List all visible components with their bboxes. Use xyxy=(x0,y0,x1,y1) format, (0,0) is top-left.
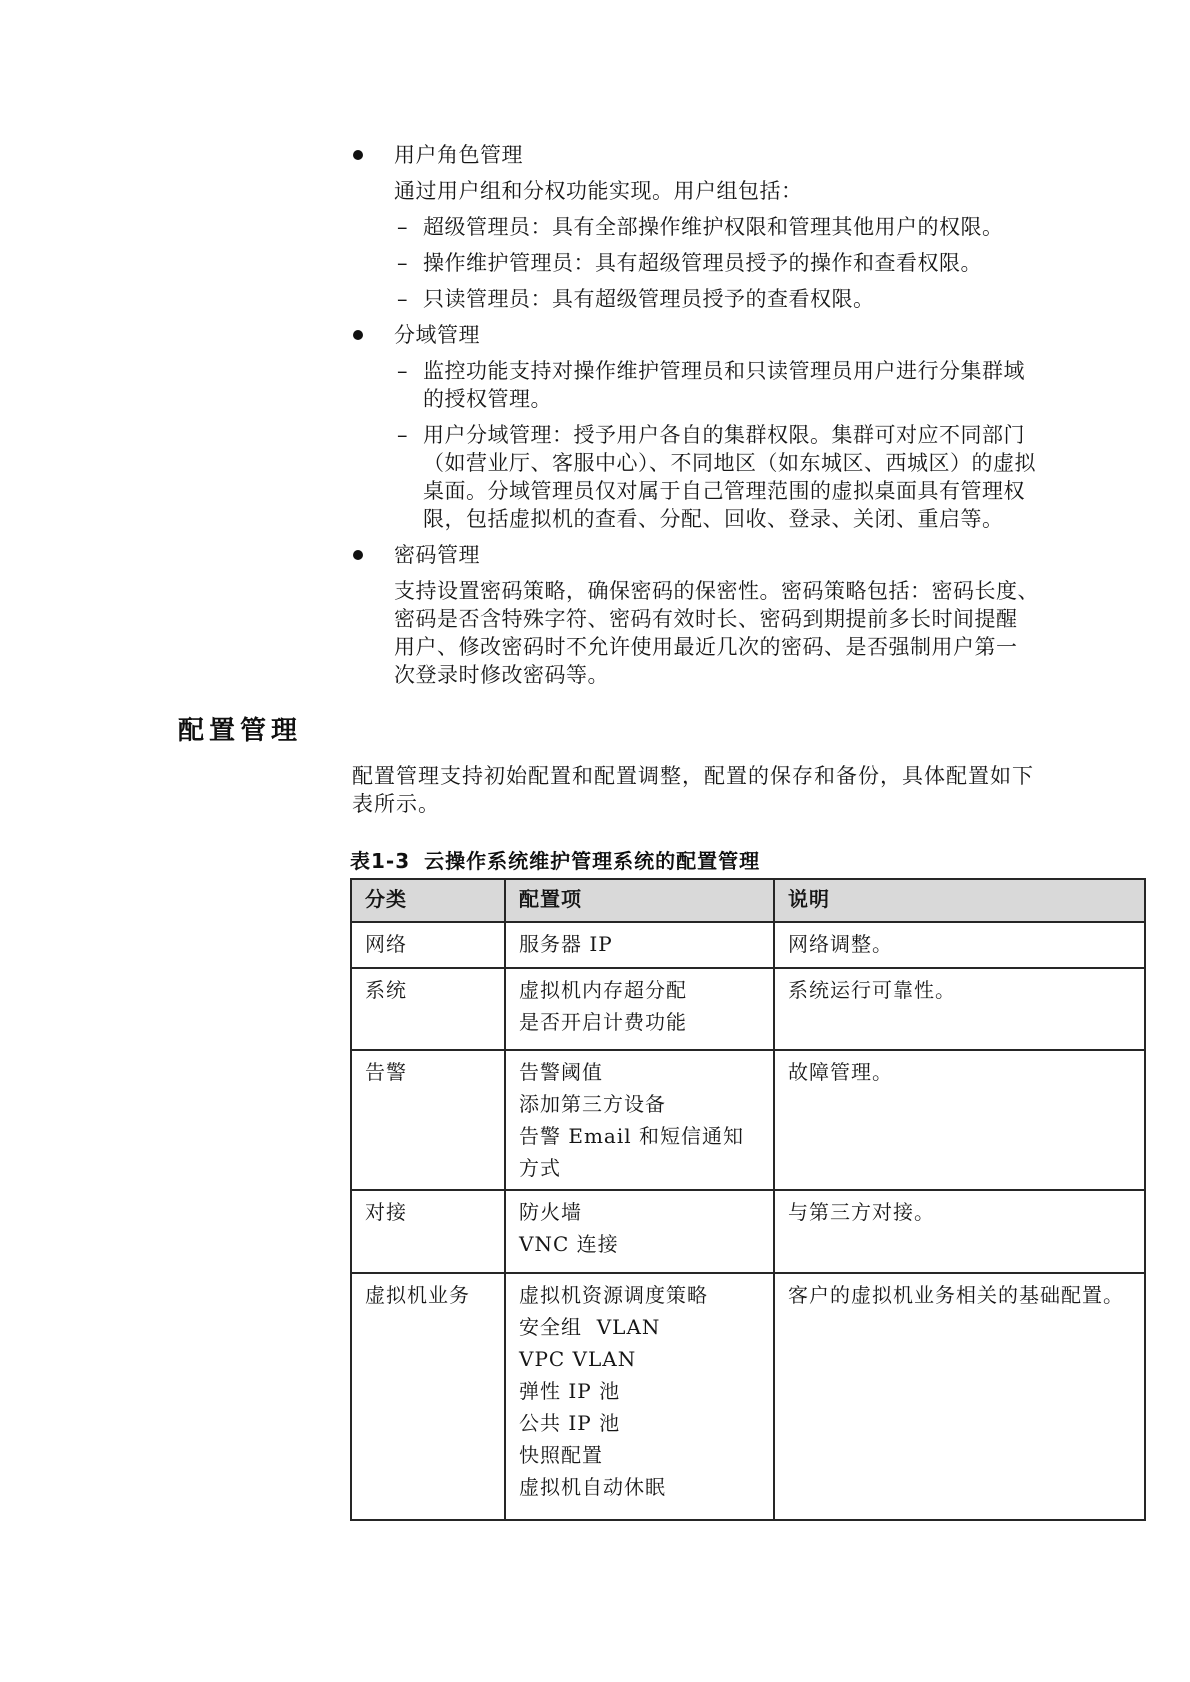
bullet-item-password-mgmt: 密码管理 支持设置密码策略，确保密码的保密性。密码策略包括：密码长度、 密码是否… xyxy=(353,541,1133,689)
cell-category: 告警 xyxy=(351,1050,505,1190)
config-management-table: 分类 配置项 说明 网络 服务器 IP 网络调整。 系统 虚拟机内存超分配 是否… xyxy=(350,878,1146,1521)
dash-marker: – xyxy=(397,249,423,277)
sub-item-text: 超级管理员：具有全部操作维护权限和管理其他用户的权限。 xyxy=(423,213,1103,241)
cell-config-items: 虚拟机内存超分配 是否开启计费功能 xyxy=(505,968,774,1050)
table-caption-title: 云操作系统维护管理系统的配置管理 xyxy=(424,849,760,873)
bullet-head: 密码管理 xyxy=(353,541,1133,569)
cell-config-items: 虚拟机资源调度策略 安全组 VLAN VPC VLAN 弹性 IP 池 公共 I… xyxy=(505,1273,774,1520)
document-page: 用户角色管理 通过用户组和分权功能实现。用户组包括： – 超级管理员：具有全部操… xyxy=(0,0,1190,1682)
bullet-label: 密码管理 xyxy=(394,541,480,569)
cell-category: 对接 xyxy=(351,1190,505,1273)
table-header-row: 分类 配置项 说明 xyxy=(351,879,1145,922)
cell-category: 虚拟机业务 xyxy=(351,1273,505,1520)
bullet-label: 用户角色管理 xyxy=(394,141,523,169)
table-row: 系统 虚拟机内存超分配 是否开启计费功能 系统运行可靠性。 xyxy=(351,968,1145,1050)
bullet-item-domain-mgmt: 分域管理 – 监控功能支持对操作维护管理员和只读管理员用户进行分集群域 的授权管… xyxy=(353,321,1133,533)
section-heading: 配置管理 xyxy=(178,716,302,746)
column-header-config-item: 配置项 xyxy=(505,879,774,922)
feature-bullet-list: 用户角色管理 通过用户组和分权功能实现。用户组包括： – 超级管理员：具有全部操… xyxy=(353,141,1133,697)
table-caption-number: 表1-3 xyxy=(350,849,410,873)
cell-category: 系统 xyxy=(351,968,505,1050)
section-paragraph: 配置管理支持初始配置和配置调整，配置的保存和备份，具体配置如下 表所示。 xyxy=(352,762,1092,818)
cell-category: 网络 xyxy=(351,922,505,968)
sub-item: – 监控功能支持对操作维护管理员和只读管理员用户进行分集群域 的授权管理。 xyxy=(397,357,1133,413)
bullet-head: 用户角色管理 xyxy=(353,141,1133,169)
table-row: 虚拟机业务 虚拟机资源调度策略 安全组 VLAN VPC VLAN 弹性 IP … xyxy=(351,1273,1145,1520)
cell-description: 客户的虚拟机业务相关的基础配置。 xyxy=(774,1273,1145,1520)
sub-item-text: 用户分域管理：授予用户各自的集群权限。集群可对应不同部门 （如营业厅、客服中心）… xyxy=(423,421,1103,533)
table-row: 告警 告警阈值 添加第三方设备 告警 Email 和短信通知方式 故障管理。 xyxy=(351,1050,1145,1190)
sub-item-text: 操作维护管理员：具有超级管理员授予的操作和查看权限。 xyxy=(423,249,1103,277)
sub-item: – 超级管理员：具有全部操作维护权限和管理其他用户的权限。 xyxy=(397,213,1133,241)
bullet-dot-icon xyxy=(353,550,363,560)
cell-config-items: 服务器 IP xyxy=(505,922,774,968)
bullet-label: 分域管理 xyxy=(394,321,480,349)
bullet-intro: 通过用户组和分权功能实现。用户组包括： xyxy=(394,177,1094,205)
sub-item: – 用户分域管理：授予用户各自的集群权限。集群可对应不同部门 （如营业厅、客服中… xyxy=(397,421,1133,533)
sub-item: – 只读管理员：具有超级管理员授予的查看权限。 xyxy=(397,285,1133,313)
cell-description: 与第三方对接。 xyxy=(774,1190,1145,1273)
sub-item: – 操作维护管理员：具有超级管理员授予的操作和查看权限。 xyxy=(397,249,1133,277)
cell-config-items: 告警阈值 添加第三方设备 告警 Email 和短信通知方式 xyxy=(505,1050,774,1190)
dash-marker: – xyxy=(397,357,423,413)
sub-item-text: 监控功能支持对操作维护管理员和只读管理员用户进行分集群域 的授权管理。 xyxy=(423,357,1103,413)
dash-marker: – xyxy=(397,421,423,533)
bullet-dot-icon xyxy=(353,330,363,340)
sub-item-text: 只读管理员：具有超级管理员授予的查看权限。 xyxy=(423,285,1103,313)
bullet-dot-icon xyxy=(353,150,363,160)
table-caption: 表1-3云操作系统维护管理系统的配置管理 xyxy=(350,849,760,873)
bullet-item-user-role: 用户角色管理 通过用户组和分权功能实现。用户组包括： – 超级管理员：具有全部操… xyxy=(353,141,1133,313)
column-header-category: 分类 xyxy=(351,879,505,922)
cell-config-items: 防火墙 VNC 连接 xyxy=(505,1190,774,1273)
cell-description: 故障管理。 xyxy=(774,1050,1145,1190)
table-row: 对接 防火墙 VNC 连接 与第三方对接。 xyxy=(351,1190,1145,1273)
bullet-head: 分域管理 xyxy=(353,321,1133,349)
dash-marker: – xyxy=(397,213,423,241)
dash-marker: – xyxy=(397,285,423,313)
cell-description: 网络调整。 xyxy=(774,922,1145,968)
table-row: 网络 服务器 IP 网络调整。 xyxy=(351,922,1145,968)
cell-description: 系统运行可靠性。 xyxy=(774,968,1145,1050)
column-header-description: 说明 xyxy=(774,879,1145,922)
bullet-intro: 支持设置密码策略，确保密码的保密性。密码策略包括：密码长度、 密码是否含特殊字符… xyxy=(394,577,1094,689)
